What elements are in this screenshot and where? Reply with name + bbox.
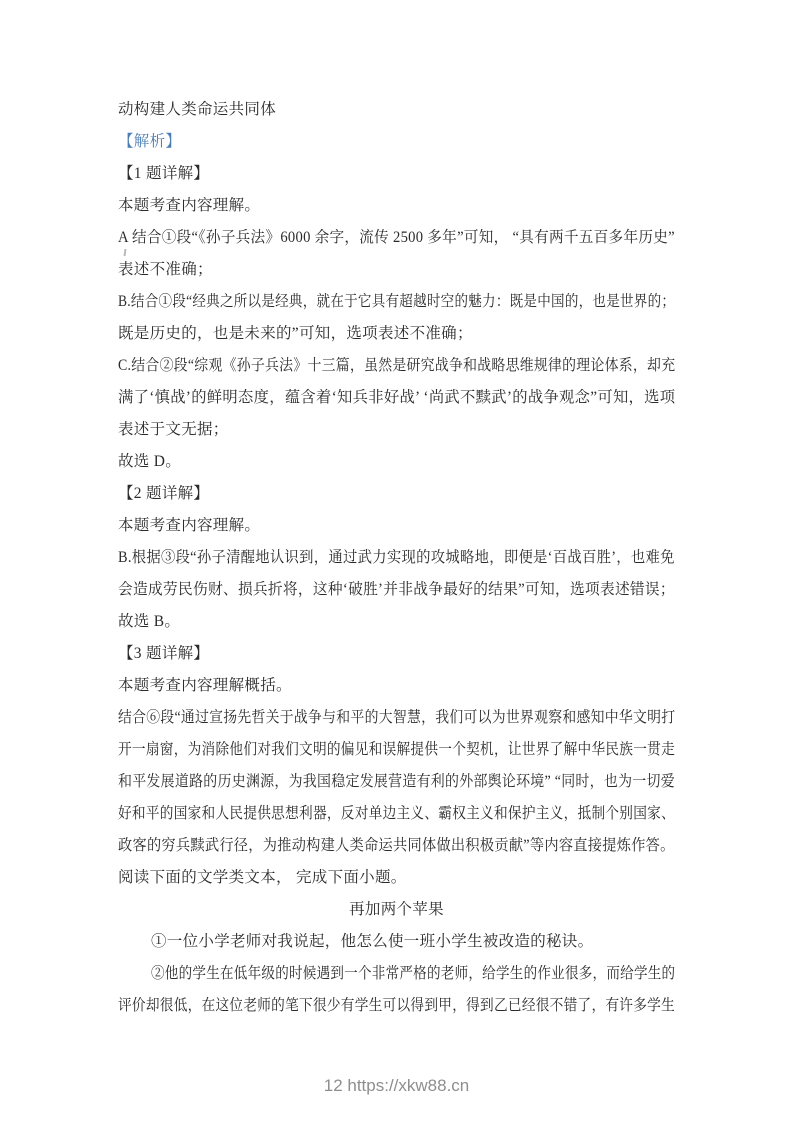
q1-option-a-line-1: A 结合①段“《孙子兵法》6000 余字，流传 2500 多年”可知， “具有两… xyxy=(118,228,643,248)
question-1-intro: 本题考查内容理解。 xyxy=(118,196,675,216)
q2-option-b-line-1: B.根据③段“孙子清醒地认识到，通过武力实现的攻城略地，即便是‘百战百胜’，也难… xyxy=(118,548,633,568)
question-2-intro: 本题考查内容理解。 xyxy=(118,516,675,536)
passage-para-2-line-1: ②他的学生在低年级的时候遇到一个非常严格的老师，给学生的作业很多，而给学生的 xyxy=(151,964,609,984)
question-1-heading: 【1 题详解】 xyxy=(118,164,675,184)
document-text-block: 动构建人类命运共同体【解析】【1 题详解】本题考查内容理解。A 结合①段“《孙子… xyxy=(118,100,675,1028)
passage-para-1: ①一位小学老师对我说起，他怎么使一班小学生被改造的秘诀。 xyxy=(151,932,675,952)
analysis-label: 【解析】 xyxy=(118,132,675,152)
q3-explanation-line-2: 开一扇窗，为消除他们对我们文明的偏见和误解提供一个契机，让世界了解中华民族一贯走 xyxy=(118,740,609,760)
passage-title: 再加两个苹果 xyxy=(118,900,675,920)
q2-answer: 故选 B。 xyxy=(118,612,675,632)
q1-option-c-line-1: C.结合②段“综观《孙子兵法》十三篇，虽然是研究战争和战略思维规律的理论体系，却… xyxy=(118,356,617,376)
q1-option-b-line-1: B.结合①段“经典之所以是经典，就在于它具有超越时空的魅力：既是中国的，也是世界… xyxy=(118,292,604,312)
q1-answer: 故选 D。 xyxy=(118,452,675,472)
q3-explanation-line-4: 好和平的国家和人民提供思想利器，反对单边主义、霸权主义和保护主义，抵制个别国家、 xyxy=(118,804,609,824)
q1-option-a-line-2: 表述不准确； xyxy=(118,260,675,280)
question-2-heading: 【2 题详解】 xyxy=(118,484,675,504)
q2-option-b-line-2: 会造成劳民伤财、损兵折将，这种‘破胜’并非战争最好的结果”可知，选项表述错误； xyxy=(118,580,647,600)
page-footer: 12 https://xkw88.cn xyxy=(0,1076,793,1096)
question-3-heading: 【3 题详解】 xyxy=(118,644,675,664)
document-page: 动构建人类命运共同体【解析】【1 题详解】本题考查内容理解。A 结合①段“《孙子… xyxy=(0,0,793,1122)
question-3-intro: 本题考查内容理解概括。 xyxy=(118,676,675,696)
passage-para-2-line-2: 评价却很低，在这位老师的笔下很少有学生可以得到甲，得到乙已经很不错了，有许多学生 xyxy=(118,996,609,1016)
q3-explanation-line-1: 结合⑥段“通过宣扬先哲关于战争与和平的大智慧，我们可以为世界观察和感知中华文明打 xyxy=(118,708,616,728)
footer-page-number-and-url: 12 https://xkw88.cn xyxy=(324,1076,470,1095)
q3-explanation-line-3: 和平发展道路的历史渊源，为我国稳定发展营造有利的外部舆论环境” “同时，也为一切… xyxy=(118,772,619,792)
reading-instruction: 阅读下面的文学类文本， 完成下面小题。 xyxy=(118,868,675,888)
continuation-line: 动构建人类命运共同体 xyxy=(118,100,675,120)
q3-explanation-line-5: 政客的穷兵黩武行径，为推动构建人类命运共同体做出积极贡献”等内容直接提炼作答。 xyxy=(118,836,628,856)
q1-option-c-line-2: 满了‘慎战’的鲜明态度，蕴含着‘知兵非好战’ ‘尚武不黩武’的战争观念”可知，选… xyxy=(118,388,668,408)
q1-option-b-line-2: 既是历史的，也是未来的”可知，选项表述不准确； xyxy=(118,324,675,344)
q1-option-c-line-3: 表述于文无据； xyxy=(118,420,675,440)
